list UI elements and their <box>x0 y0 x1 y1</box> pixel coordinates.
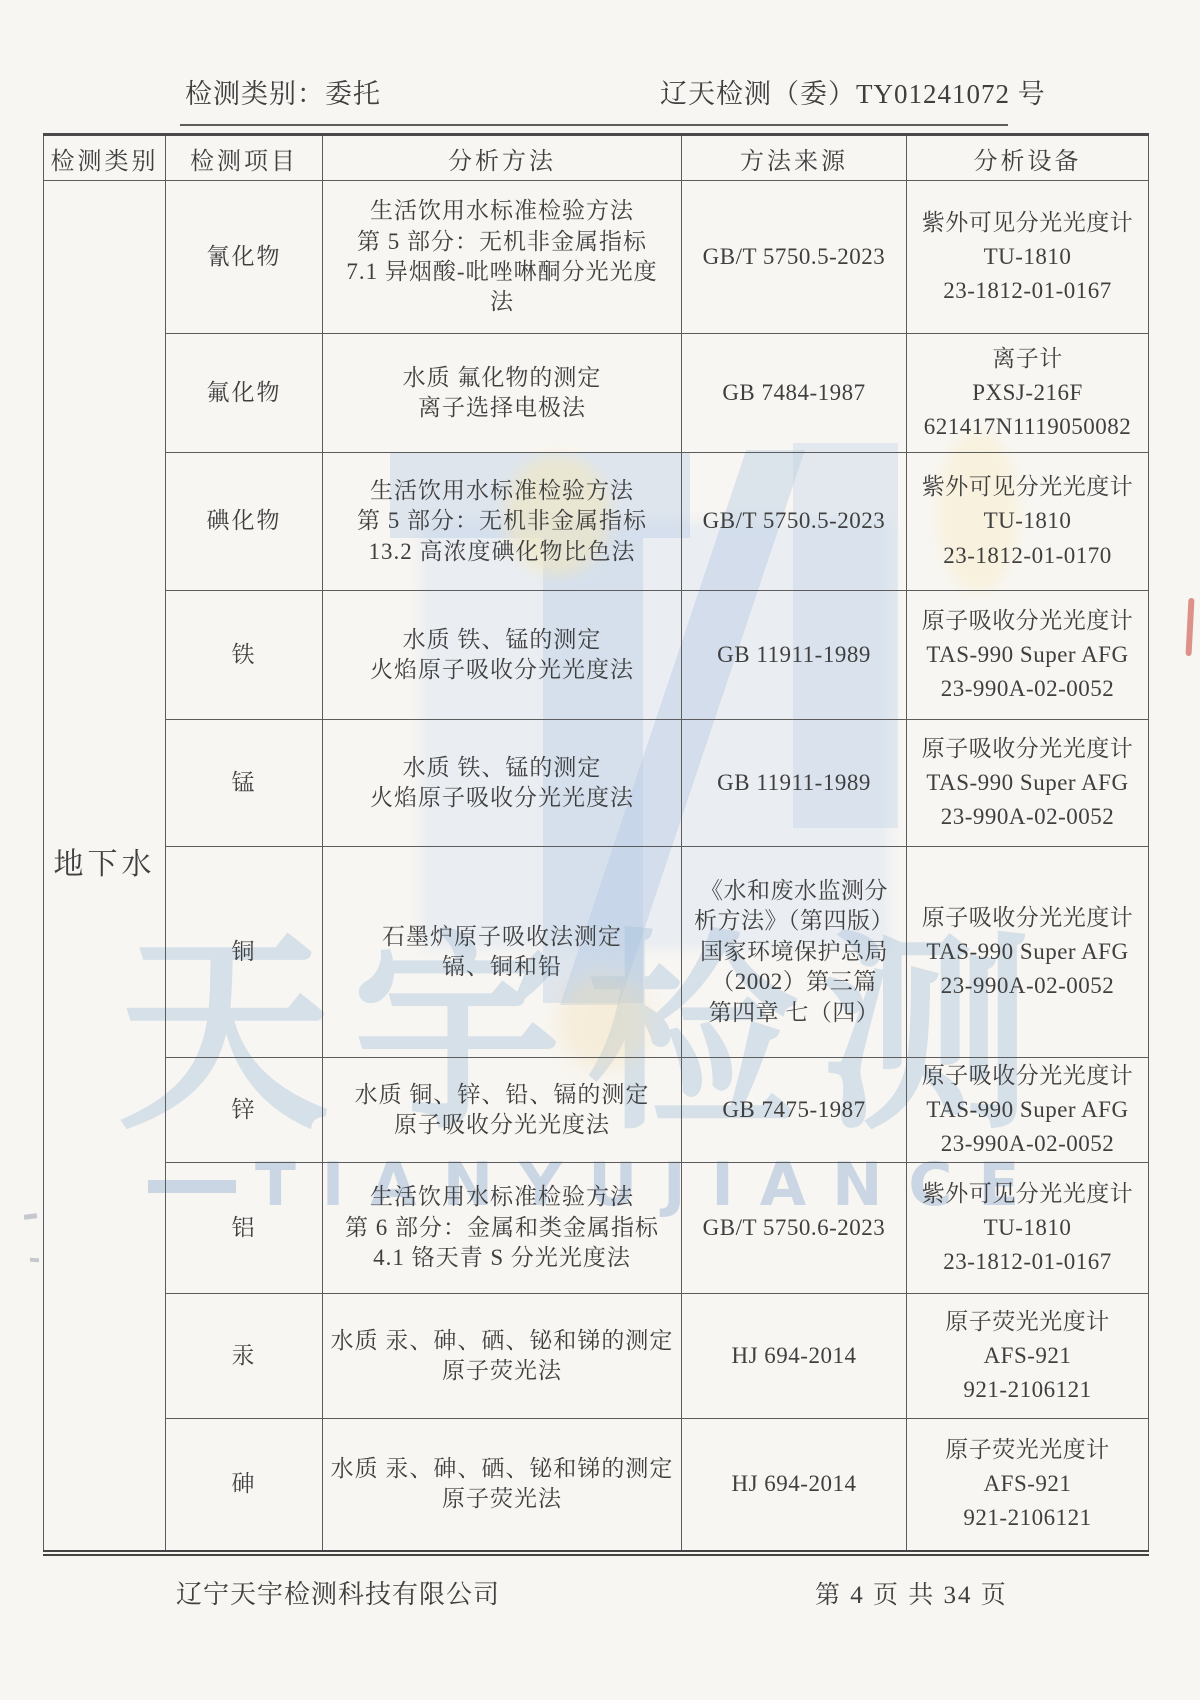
scan-speck <box>24 1213 38 1220</box>
method-cell: 水质 汞、砷、硒、铋和锑的测定 原子荧光法 <box>323 1419 682 1553</box>
test-category-label: 检测类别：委托 <box>185 72 381 111</box>
report-number: 辽天检测（委）TY01241072 号 <box>660 72 1046 111</box>
col-header-source: 方法来源 <box>682 135 907 181</box>
item-cell: 氰化物 <box>166 181 323 334</box>
table-row: 铁 水质 铁、锰的测定 火焰原子吸收分光光度法 GB 11911-1989 原子… <box>44 591 1149 720</box>
table-row: 地下水 氰化物 生活饮用水标准检验方法 第 5 部分：无机非金属指标 7.1 异… <box>44 181 1149 334</box>
item-cell: 锌 <box>166 1058 323 1163</box>
equipment-cell: 紫外可见分光光度计 TU-1810 23-1812-01-0167 <box>907 1163 1149 1294</box>
table-row: 汞 水质 汞、砷、硒、铋和锑的测定 原子荧光法 HJ 694-2014 原子荧光… <box>44 1294 1149 1419</box>
header-rule <box>180 124 1008 126</box>
equipment-cell: 原子吸收分光光度计 TAS-990 Super AFG 23-990A-02-0… <box>907 591 1149 720</box>
analysis-methods-table: 检测类别 检测项目 分析方法 方法来源 分析设备 地下水 氰化物 生活饮用水标准… <box>43 133 1149 1556</box>
page-number: 第 4 页 共 34 页 <box>815 1575 1008 1611</box>
item-cell: 汞 <box>166 1294 323 1419</box>
table-row: 锌 水质 铜、锌、铅、镉的测定 原子吸收分光光度法 GB 7475-1987 原… <box>44 1058 1149 1163</box>
item-cell: 铝 <box>166 1163 323 1294</box>
item-cell: 铜 <box>166 847 323 1058</box>
source-cell: GB 11911-1989 <box>682 591 907 720</box>
method-cell: 生活饮用水标准检验方法 第 6 部分：金属和类金属指标 4.1 铬天青 S 分光… <box>323 1163 682 1294</box>
col-header-method: 分析方法 <box>323 135 682 181</box>
table-row: 氟化物 水质 氟化物的测定 离子选择电极法 GB 7484-1987 离子计 P… <box>44 334 1149 453</box>
equipment-cell: 紫外可见分光光度计 TU-1810 23-1812-01-0170 <box>907 453 1149 591</box>
equipment-cell: 紫外可见分光光度计 TU-1810 23-1812-01-0167 <box>907 181 1149 334</box>
method-cell: 生活饮用水标准检验方法 第 5 部分：无机非金属指标 7.1 异烟酸-吡唑啉酮分… <box>323 181 682 334</box>
item-cell: 砷 <box>166 1419 323 1553</box>
scan-speck <box>30 1258 39 1263</box>
source-cell: GB/T 5750.6-2023 <box>682 1163 907 1294</box>
col-header-category: 检测类别 <box>44 135 166 181</box>
item-cell: 铁 <box>166 591 323 720</box>
scanned-report-page: 天宇检测 TIANYUJIANCE 检测类别：委托 辽天检测（委）TY01241… <box>0 0 1200 1700</box>
source-cell: 《水和废水监测分 析方法》（第四版） 国家环境保护总局 （2002）第三篇 第四… <box>682 847 907 1058</box>
source-cell: GB 7475-1987 <box>682 1058 907 1163</box>
method-cell: 石墨炉原子吸收法测定 镉、铜和铅 <box>323 847 682 1058</box>
source-cell: GB 11911-1989 <box>682 720 907 847</box>
equipment-cell: 原子荧光光度计 AFS-921 921-2106121 <box>907 1419 1149 1553</box>
table-row: 锰 水质 铁、锰的测定 火焰原子吸收分光光度法 GB 11911-1989 原子… <box>44 720 1149 847</box>
source-cell: HJ 694-2014 <box>682 1419 907 1553</box>
method-cell: 水质 汞、砷、硒、铋和锑的测定 原子荧光法 <box>323 1294 682 1419</box>
table-row: 铜 石墨炉原子吸收法测定 镉、铜和铅 《水和废水监测分 析方法》（第四版） 国家… <box>44 847 1149 1058</box>
col-header-item: 检测项目 <box>166 135 323 181</box>
source-cell: GB/T 5750.5-2023 <box>682 181 907 334</box>
equipment-cell: 原子荧光光度计 AFS-921 921-2106121 <box>907 1294 1149 1419</box>
table-header-row: 检测类别 检测项目 分析方法 方法来源 分析设备 <box>44 135 1149 181</box>
source-cell: GB 7484-1987 <box>682 334 907 453</box>
table-row: 砷 水质 汞、砷、硒、铋和锑的测定 原子荧光法 HJ 694-2014 原子荧光… <box>44 1419 1149 1553</box>
table-row: 铝 生活饮用水标准检验方法 第 6 部分：金属和类金属指标 4.1 铬天青 S … <box>44 1163 1149 1294</box>
item-cell: 碘化物 <box>166 453 323 591</box>
pen-mark <box>1185 598 1194 656</box>
method-cell: 水质 氟化物的测定 离子选择电极法 <box>323 334 682 453</box>
item-cell: 氟化物 <box>166 334 323 453</box>
item-cell: 锰 <box>166 720 323 847</box>
method-cell: 水质 铜、锌、铅、镉的测定 原子吸收分光光度法 <box>323 1058 682 1163</box>
company-name: 辽宁天宇检测科技有限公司 <box>176 1574 500 1611</box>
source-cell: HJ 694-2014 <box>682 1294 907 1419</box>
col-header-equipment: 分析设备 <box>907 135 1149 181</box>
table-row: 碘化物 生活饮用水标准检验方法 第 5 部分：无机非金属指标 13.2 高浓度碘… <box>44 453 1149 591</box>
category-cell: 地下水 <box>44 181 166 1553</box>
equipment-cell: 离子计 PXSJ-216F 621417N1119050082 <box>907 334 1149 453</box>
source-cell: GB/T 5750.5-2023 <box>682 453 907 591</box>
method-cell: 水质 铁、锰的测定 火焰原子吸收分光光度法 <box>323 591 682 720</box>
method-cell: 水质 铁、锰的测定 火焰原子吸收分光光度法 <box>323 720 682 847</box>
equipment-cell: 原子吸收分光光度计 TAS-990 Super AFG 23-990A-02-0… <box>907 847 1149 1058</box>
method-cell: 生活饮用水标准检验方法 第 5 部分：无机非金属指标 13.2 高浓度碘化物比色… <box>323 453 682 591</box>
equipment-cell: 原子吸收分光光度计 TAS-990 Super AFG 23-990A-02-0… <box>907 1058 1149 1163</box>
equipment-cell: 原子吸收分光光度计 TAS-990 Super AFG 23-990A-02-0… <box>907 720 1149 847</box>
